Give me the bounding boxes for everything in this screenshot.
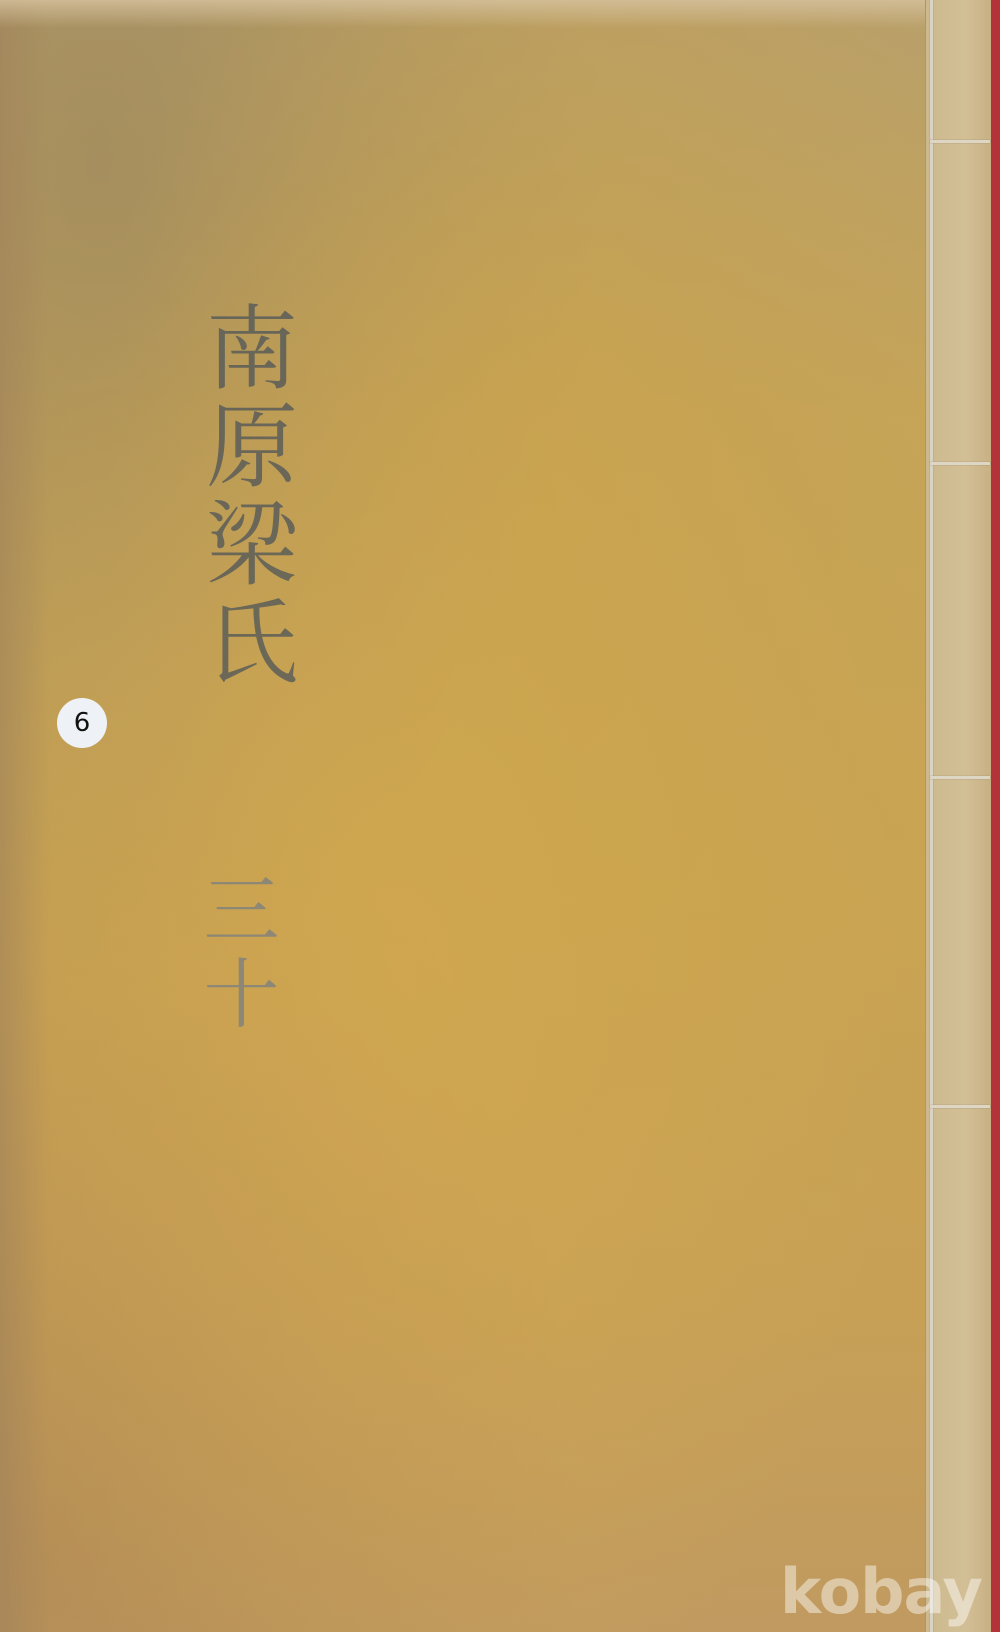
binding-thread-stitch — [930, 140, 990, 143]
binding-thread-stitch — [930, 462, 990, 465]
cover-left-edge — [0, 0, 50, 1632]
torn-top-edge — [0, 0, 990, 28]
binding-thread-stitch — [930, 776, 990, 779]
handwritten-volume-number: 三十 — [190, 870, 290, 1038]
book-spine-binding — [925, 0, 991, 1632]
item-number-badge: 6 — [57, 698, 107, 748]
binding-thread-stitch — [930, 1105, 990, 1108]
handwritten-title: 南原梁氏 — [160, 300, 290, 692]
kobay-watermark: kobay — [780, 1555, 982, 1628]
binding-thread-vertical — [930, 0, 933, 1632]
book-cover: 南原梁氏 三十 6 — [0, 0, 990, 1632]
